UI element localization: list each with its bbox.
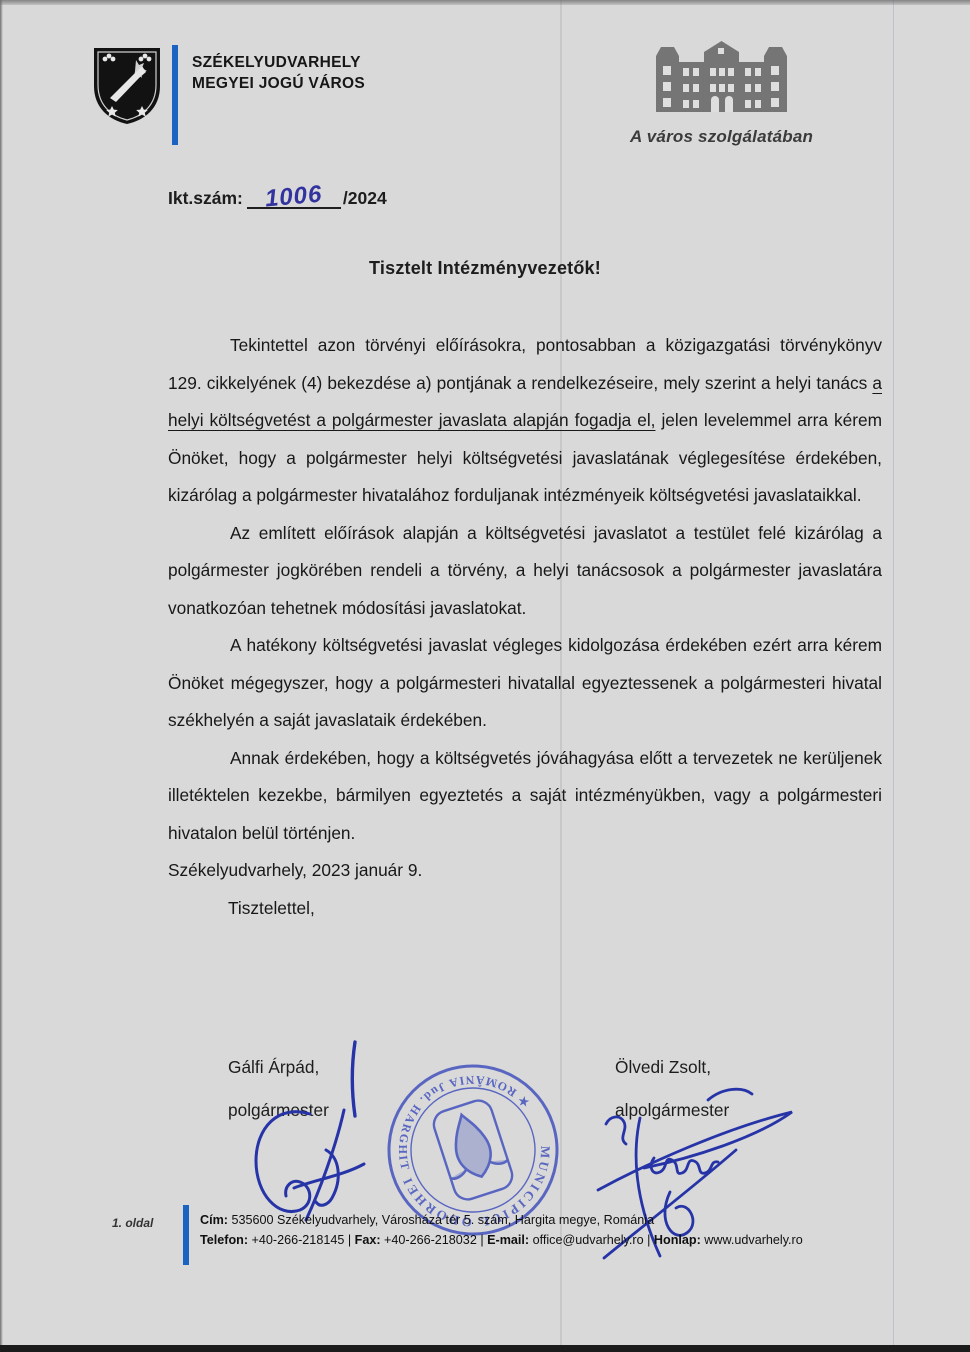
scan-edge-left	[0, 0, 3, 1352]
footer-contacts-line: Telefon: +40-266-218145 | Fax: +40-266-2…	[200, 1231, 803, 1251]
paragraph-1: Tekintettel azon törvényi előírásokra, p…	[168, 327, 882, 515]
fax-value: +40-266-218032	[381, 1233, 481, 1247]
date-line: Székelyudvarhely, 2023 január 9.	[168, 852, 882, 890]
scanned-letter-page: SZÉKELYUDVARHELY MEGYEI JOGÚ VÁROS	[0, 0, 970, 1352]
town-hall-icon	[653, 40, 790, 119]
separator-1: |	[348, 1233, 355, 1247]
footer-accent-bar	[183, 1205, 189, 1265]
reference-number-slot: 1006	[247, 181, 341, 209]
email-value: office@udvarhely.ro	[529, 1233, 647, 1247]
address-value: 535600 Székelyudvarhely, Városháza tér 5…	[228, 1213, 654, 1227]
reference-label: Ikt.szám:	[168, 188, 243, 208]
reference-number-line: Ikt.szám:1006/2024	[168, 181, 387, 209]
separator-3: |	[647, 1233, 654, 1247]
paragraph-3: A hatékony költségvetési javaslat végleg…	[168, 627, 882, 740]
address-label: Cím:	[200, 1213, 228, 1227]
paragraph-1-text-a: Tekintettel azon törvényi előírásokra, p…	[168, 335, 882, 393]
coat-of-arms-icon	[92, 46, 162, 131]
reference-year: /2024	[343, 188, 387, 208]
letter-salutation: Tisztelt Intézményvezetők!	[0, 258, 970, 279]
handwritten-reference-number: 1006	[264, 181, 324, 214]
organization-name-line1: SZÉKELYUDVARHELY	[192, 52, 365, 73]
email-label: E-mail:	[487, 1233, 529, 1247]
scan-edge-top	[0, 0, 970, 5]
web-label: Honlap:	[654, 1233, 701, 1247]
scan-edge-bottom	[0, 1345, 970, 1352]
footer-contact-block: Cím: 535600 Székelyudvarhely, Városháza …	[200, 1211, 803, 1250]
page-number: 1. oldal	[112, 1216, 153, 1230]
city-motto: A város szolgálatában	[630, 127, 813, 147]
header-accent-bar	[172, 45, 178, 145]
organization-name-line2: MEGYEI JOGÚ VÁROS	[192, 73, 365, 94]
signatory-left-name: Gálfi Árpád,	[228, 1046, 329, 1089]
paragraph-2: Az említett előírások alapján a költségv…	[168, 515, 882, 628]
phone-value: +40-266-218145	[248, 1233, 348, 1247]
phone-label: Telefon:	[200, 1233, 248, 1247]
fold-line-right	[893, 0, 894, 1352]
paragraph-4: Annak érdekében, hogy a költségvetés jóv…	[168, 740, 882, 853]
fax-label: Fax:	[355, 1233, 381, 1247]
organization-name: SZÉKELYUDVARHELY MEGYEI JOGÚ VÁROS	[192, 52, 365, 94]
letter-body: Tekintettel azon törvényi előírásokra, p…	[168, 327, 882, 927]
footer-address-line: Cím: 535600 Székelyudvarhely, Városháza …	[200, 1211, 803, 1231]
closing-line: Tisztelettel,	[168, 890, 882, 928]
web-value: www.udvarhely.ro	[701, 1233, 803, 1247]
